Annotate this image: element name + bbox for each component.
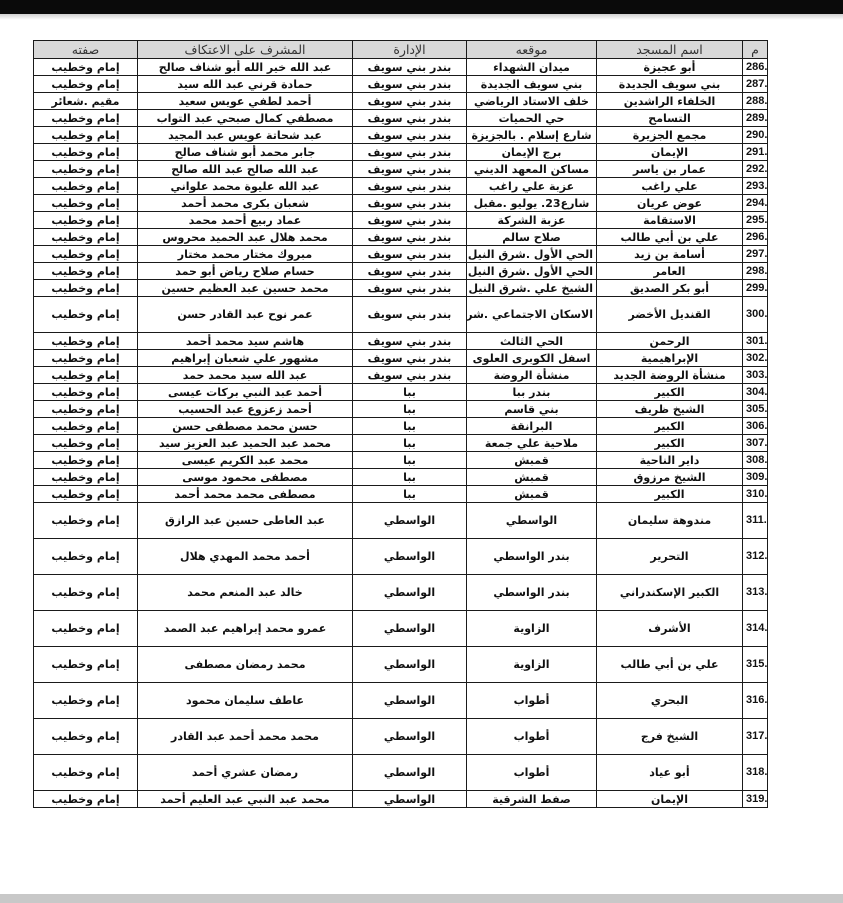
header-num: م bbox=[743, 41, 768, 59]
row-administration: بندر بني سويف bbox=[353, 229, 467, 246]
row-num: 289. bbox=[743, 110, 768, 127]
row-location: الحي الأول .شرق النيل bbox=[467, 246, 597, 263]
row-role: إمام وخطيب bbox=[34, 575, 138, 611]
row-num: 305. bbox=[743, 401, 768, 418]
row-role: إمام وخطيب bbox=[34, 719, 138, 755]
row-supervisor: محمد حسين عبد العظيم حسين bbox=[138, 280, 353, 297]
row-administration: بندر بني سويف bbox=[353, 59, 467, 76]
row-administration: الواسطي bbox=[353, 575, 467, 611]
table-row: 316.البحريأطوابالواسطيعاطف سليمان محمودإ… bbox=[34, 683, 768, 719]
row-role: إمام وخطيب bbox=[34, 144, 138, 161]
row-num: 298. bbox=[743, 263, 768, 280]
row-supervisor: خالد عبد المنعم محمد bbox=[138, 575, 353, 611]
row-num: 313. bbox=[743, 575, 768, 611]
row-location: قمبش bbox=[467, 486, 597, 503]
row-mosque-name: داير الناحية bbox=[597, 452, 743, 469]
row-administration: بندر بني سويف bbox=[353, 76, 467, 93]
row-num: 293. bbox=[743, 178, 768, 195]
row-num: 318. bbox=[743, 755, 768, 791]
row-role: إمام وخطيب bbox=[34, 367, 138, 384]
row-location: حي الحميات bbox=[467, 110, 597, 127]
row-role: إمام وخطيب bbox=[34, 263, 138, 280]
row-num: 317. bbox=[743, 719, 768, 755]
row-location: خلف الاستاد الرياضي bbox=[467, 93, 597, 110]
row-mosque-name: علي بن أبي طالب bbox=[597, 647, 743, 683]
row-mosque-name: العامر bbox=[597, 263, 743, 280]
row-role: إمام وخطيب bbox=[34, 161, 138, 178]
row-administration: بندر بني سويف bbox=[353, 195, 467, 212]
row-location: أطواب bbox=[467, 719, 597, 755]
table-row: 288.الخلفاء الراشدينخلف الاستاد الرياضيب… bbox=[34, 93, 768, 110]
row-role: إمام وخطيب bbox=[34, 178, 138, 195]
table-row: 286.أبو عجيزةميدان الشهداءبندر بني سويفع… bbox=[34, 59, 768, 76]
table-row: 311.مندوهة سليمانالواسطيالواسطيعبد العاط… bbox=[34, 503, 768, 539]
row-location: الاسكان الاجتماعي .شرق النيل bbox=[467, 297, 597, 333]
row-num: 311. bbox=[743, 503, 768, 539]
row-administration: ببا bbox=[353, 486, 467, 503]
row-location: الشيخ علي .شرق النيل bbox=[467, 280, 597, 297]
row-num: 287. bbox=[743, 76, 768, 93]
table-row: 293.علي راغبعزبة علي راغببندر بني سويفعب… bbox=[34, 178, 768, 195]
header-role: صفته bbox=[34, 41, 138, 59]
bottom-gray-bar bbox=[0, 894, 843, 903]
row-mosque-name: علي راغب bbox=[597, 178, 743, 195]
row-num: 294. bbox=[743, 195, 768, 212]
row-administration: ببا bbox=[353, 469, 467, 486]
row-administration: بندر بني سويف bbox=[353, 280, 467, 297]
table-row: 291.الإيمانبرج الإيمانبندر بني سويفجابر … bbox=[34, 144, 768, 161]
mosque-itikaf-table: م اسم المسجد موقعه الإدارة المشرف على ال… bbox=[33, 40, 768, 808]
row-mosque-name: منشأة الروضة الجديد bbox=[597, 367, 743, 384]
row-administration: بندر بني سويف bbox=[353, 333, 467, 350]
row-num: 292. bbox=[743, 161, 768, 178]
row-administration: بندر بني سويف bbox=[353, 246, 467, 263]
row-role: إمام وخطيب bbox=[34, 418, 138, 435]
row-administration: الواسطي bbox=[353, 719, 467, 755]
row-supervisor: أحمد عبد النبي بركات عيسى bbox=[138, 384, 353, 401]
row-mosque-name: الأشرف bbox=[597, 611, 743, 647]
row-supervisor: أحمد لطفي عويس سعيد bbox=[138, 93, 353, 110]
row-role: إمام وخطيب bbox=[34, 212, 138, 229]
row-supervisor: مصطفي كمال صبحي عبد التواب bbox=[138, 110, 353, 127]
table-row: 300.القنديل الأخضرالاسكان الاجتماعي .شرق… bbox=[34, 297, 768, 333]
table-row: 299.أبو بكر الصديقالشيخ علي .شرق النيلبن… bbox=[34, 280, 768, 297]
row-num: 314. bbox=[743, 611, 768, 647]
table-row: 304.الكبيربندر ببابباأحمد عبد النبي بركا… bbox=[34, 384, 768, 401]
row-role: إمام وخطيب bbox=[34, 229, 138, 246]
row-role: إمام وخطيب bbox=[34, 401, 138, 418]
row-role: إمام وخطيب bbox=[34, 503, 138, 539]
row-mosque-name: التحرير bbox=[597, 539, 743, 575]
row-supervisor: حسام صلاح رياض أبو حمد bbox=[138, 263, 353, 280]
row-administration: ببا bbox=[353, 435, 467, 452]
table-row: 306.الكبيرالبرانقةبباحسن محمد مصطفى حسنإ… bbox=[34, 418, 768, 435]
row-role: إمام وخطيب bbox=[34, 611, 138, 647]
row-mosque-name: الخلفاء الراشدين bbox=[597, 93, 743, 110]
table-row: 292.عمار بن ياسرمساكن المعهد الدينيبندر … bbox=[34, 161, 768, 178]
row-location: مساكن المعهد الديني bbox=[467, 161, 597, 178]
row-location: البرانقة bbox=[467, 418, 597, 435]
row-role: إمام وخطيب bbox=[34, 280, 138, 297]
row-supervisor: عبد الله سيد محمد حمد bbox=[138, 367, 353, 384]
row-location: برج الإيمان bbox=[467, 144, 597, 161]
row-mosque-name: عمار بن ياسر bbox=[597, 161, 743, 178]
row-administration: ببا bbox=[353, 384, 467, 401]
row-supervisor: عبد الله صالح عبد الله صالح bbox=[138, 161, 353, 178]
row-administration: الواسطي bbox=[353, 791, 467, 808]
table-row: 307.الكبيرملاحية علي جمعةببامحمد عبد الح… bbox=[34, 435, 768, 452]
row-location: أطواب bbox=[467, 755, 597, 791]
row-location: أطواب bbox=[467, 683, 597, 719]
row-location: عزبة الشركة bbox=[467, 212, 597, 229]
row-supervisor: محمد عبد الكريم عيسى bbox=[138, 452, 353, 469]
row-location: شارع23. يوليو .مقبل bbox=[467, 195, 597, 212]
row-location: الزاوية bbox=[467, 647, 597, 683]
row-mosque-name: الكبير bbox=[597, 418, 743, 435]
table-row: 314.الأشرفالزاويةالواسطيعمرو محمد إبراهي… bbox=[34, 611, 768, 647]
row-num: 308. bbox=[743, 452, 768, 469]
table-row: 317.الشيخ فرجأطوابالواسطيمحمد محمد أحمد … bbox=[34, 719, 768, 755]
row-location: الحي الثالث bbox=[467, 333, 597, 350]
row-role: إمام وخطيب bbox=[34, 539, 138, 575]
table-row: 315.علي بن أبي طالبالزاويةالواسطيمحمد رم… bbox=[34, 647, 768, 683]
row-location: ميدان الشهداء bbox=[467, 59, 597, 76]
row-num: 301. bbox=[743, 333, 768, 350]
row-supervisor: عمر نوح عبد القادر حسن bbox=[138, 297, 353, 333]
row-supervisor: مصطفى محمد محمد أحمد bbox=[138, 486, 353, 503]
row-role: إمام وخطيب bbox=[34, 59, 138, 76]
row-supervisor: حمادة قرني عبد الله سيد bbox=[138, 76, 353, 93]
row-administration: بندر بني سويف bbox=[353, 110, 467, 127]
row-administration: الواسطي bbox=[353, 755, 467, 791]
row-mosque-name: علي بن أبي طالب bbox=[597, 229, 743, 246]
table-row: 310.الكبيرقمبشببامصطفى محمد محمد أحمدإما… bbox=[34, 486, 768, 503]
row-mosque-name: الإبراهيمية bbox=[597, 350, 743, 367]
row-mosque-name: الكبير bbox=[597, 435, 743, 452]
row-supervisor: شعبان بكرى محمد أحمد bbox=[138, 195, 353, 212]
row-location: عزبة علي راغب bbox=[467, 178, 597, 195]
row-administration: بندر بني سويف bbox=[353, 212, 467, 229]
row-location: الزاوية bbox=[467, 611, 597, 647]
row-role: إمام وخطيب bbox=[34, 683, 138, 719]
row-supervisor: أحمد محمد المهدي هلال bbox=[138, 539, 353, 575]
row-role: إمام وخطيب bbox=[34, 384, 138, 401]
row-location: صفط الشرقية bbox=[467, 791, 597, 808]
row-role: إمام وخطيب bbox=[34, 246, 138, 263]
row-administration: الواسطي bbox=[353, 611, 467, 647]
row-mosque-name: الإيمان bbox=[597, 144, 743, 161]
table-row: 309.الشيخ مرزوققمبشببامصطفى محمود موسىإم… bbox=[34, 469, 768, 486]
row-location: بندر الواسطي bbox=[467, 539, 597, 575]
row-administration: الواسطي bbox=[353, 647, 467, 683]
row-num: 302. bbox=[743, 350, 768, 367]
row-mosque-name: التسامح bbox=[597, 110, 743, 127]
top-dark-bar bbox=[0, 0, 843, 14]
top-shadow bbox=[0, 14, 843, 20]
row-num: 304. bbox=[743, 384, 768, 401]
row-num: 307. bbox=[743, 435, 768, 452]
row-role: إمام وخطيب bbox=[34, 76, 138, 93]
row-administration: الواسطي bbox=[353, 539, 467, 575]
table-row: 313.الكبير الإسكندرانيبندر الواسطيالواسط… bbox=[34, 575, 768, 611]
row-mosque-name: أبو عجيزة bbox=[597, 59, 743, 76]
row-supervisor: محمد عبد الحميد عبد العزيز سيد bbox=[138, 435, 353, 452]
row-mosque-name: الكبير bbox=[597, 384, 743, 401]
row-mosque-name: الاستقامة bbox=[597, 212, 743, 229]
table-row: 305.الشيخ ظريفبني قاسمبباأحمد زعزوع عبد … bbox=[34, 401, 768, 418]
row-location: الواسطي bbox=[467, 503, 597, 539]
row-location: اسفل الكوبرى العلوى bbox=[467, 350, 597, 367]
row-role: إمام وخطيب bbox=[34, 333, 138, 350]
row-num: 312. bbox=[743, 539, 768, 575]
row-location: ملاحية علي جمعة bbox=[467, 435, 597, 452]
row-num: 319. bbox=[743, 791, 768, 808]
row-supervisor: محمد محمد أحمد عبد القادر bbox=[138, 719, 353, 755]
row-role: إمام وخطيب bbox=[34, 435, 138, 452]
row-administration: بندر بني سويف bbox=[353, 127, 467, 144]
row-num: 299. bbox=[743, 280, 768, 297]
row-num: 290. bbox=[743, 127, 768, 144]
row-mosque-name: مندوهة سليمان bbox=[597, 503, 743, 539]
row-supervisor: مصطفى محمود موسى bbox=[138, 469, 353, 486]
row-role: إمام وخطيب bbox=[34, 486, 138, 503]
row-location: بني قاسم bbox=[467, 401, 597, 418]
row-role: إمام وخطيب bbox=[34, 195, 138, 212]
row-administration: بندر بني سويف bbox=[353, 263, 467, 280]
row-num: 309. bbox=[743, 469, 768, 486]
row-mosque-name: بني سويف الجديدة bbox=[597, 76, 743, 93]
table-row: 296.علي بن أبي طالبصلاح سالمبندر بني سوي… bbox=[34, 229, 768, 246]
row-administration: ببا bbox=[353, 401, 467, 418]
row-mosque-name: الشيخ مرزوق bbox=[597, 469, 743, 486]
table-row: 294.عوض عريانشارع23. يوليو .مقبلبندر بني… bbox=[34, 195, 768, 212]
row-num: 300. bbox=[743, 297, 768, 333]
row-location: قمبش bbox=[467, 452, 597, 469]
row-num: 303. bbox=[743, 367, 768, 384]
row-administration: الواسطي bbox=[353, 683, 467, 719]
row-mosque-name: الرحمن bbox=[597, 333, 743, 350]
table-row: 289.التسامححي الحمياتبندر بني سويفمصطفي … bbox=[34, 110, 768, 127]
header-administration: الإدارة bbox=[353, 41, 467, 59]
row-mosque-name: الشيخ فرج bbox=[597, 719, 743, 755]
row-supervisor: محمد رمضان مصطفى bbox=[138, 647, 353, 683]
header-supervisor: المشرف على الاعتكاف bbox=[138, 41, 353, 59]
row-role: مقيم .شعائر bbox=[34, 93, 138, 110]
row-num: 315. bbox=[743, 647, 768, 683]
row-role: إمام وخطيب bbox=[34, 755, 138, 791]
table-row: 295.الاستقامةعزبة الشركةبندر بني سويفعما… bbox=[34, 212, 768, 229]
row-location: بندر ببا bbox=[467, 384, 597, 401]
row-administration: بندر بني سويف bbox=[353, 93, 467, 110]
row-role: إمام وخطيب bbox=[34, 297, 138, 333]
row-mosque-name: أبو عياد bbox=[597, 755, 743, 791]
row-supervisor: عماد ربيع أحمد محمد bbox=[138, 212, 353, 229]
row-supervisor: عبد شحاتة عويس عبد المجيد bbox=[138, 127, 353, 144]
row-num: 296. bbox=[743, 229, 768, 246]
row-supervisor: جابر محمد أبو شناف صالح bbox=[138, 144, 353, 161]
table-row: 319.الإيمانصفط الشرقيةالواسطيمحمد عبد ال… bbox=[34, 791, 768, 808]
row-role: إمام وخطيب bbox=[34, 110, 138, 127]
row-location: شارع إسلام . بالجزيزة bbox=[467, 127, 597, 144]
row-administration: بندر بني سويف bbox=[353, 297, 467, 333]
row-supervisor: عاطف سليمان محمود bbox=[138, 683, 353, 719]
table-row: 308.داير الناحيةقمبشببامحمد عبد الكريم ع… bbox=[34, 452, 768, 469]
row-supervisor: عبد العاطى حسين عبد الرازق bbox=[138, 503, 353, 539]
row-num: 291. bbox=[743, 144, 768, 161]
row-role: إمام وخطيب bbox=[34, 127, 138, 144]
table-row: 290.مجمع الجزيرةشارع إسلام . بالجزيزةبند… bbox=[34, 127, 768, 144]
row-location: قمبش bbox=[467, 469, 597, 486]
row-administration: ببا bbox=[353, 418, 467, 435]
row-role: إمام وخطيب bbox=[34, 350, 138, 367]
table-row: 303.منشأة الروضة الجديدمنشأة الروضةبندر … bbox=[34, 367, 768, 384]
table-header-row: م اسم المسجد موقعه الإدارة المشرف على ال… bbox=[34, 41, 768, 59]
row-location: منشأة الروضة bbox=[467, 367, 597, 384]
row-supervisor: محمد هلال عبد الحميد محروس bbox=[138, 229, 353, 246]
row-role: إمام وخطيب bbox=[34, 647, 138, 683]
row-mosque-name: الشيخ ظريف bbox=[597, 401, 743, 418]
table-row: 287.بني سويف الجديدةبني سويف الجديدةبندر… bbox=[34, 76, 768, 93]
table-row: 298.العامرالحي الأول .شرق النيلبندر بني … bbox=[34, 263, 768, 280]
row-mosque-name: البحري bbox=[597, 683, 743, 719]
header-mosque-name: اسم المسجد bbox=[597, 41, 743, 59]
row-mosque-name: أبو بكر الصديق bbox=[597, 280, 743, 297]
row-administration: بندر بني سويف bbox=[353, 144, 467, 161]
row-role: إمام وخطيب bbox=[34, 469, 138, 486]
row-supervisor: عمرو محمد إبراهيم عبد الصمد bbox=[138, 611, 353, 647]
row-supervisor: حسن محمد مصطفى حسن bbox=[138, 418, 353, 435]
row-mosque-name: عوض عريان bbox=[597, 195, 743, 212]
row-num: 295. bbox=[743, 212, 768, 229]
row-administration: بندر بني سويف bbox=[353, 367, 467, 384]
row-mosque-name: أسامة بن زيد bbox=[597, 246, 743, 263]
row-mosque-name: الكبير bbox=[597, 486, 743, 503]
table-row: 297.أسامة بن زيدالحي الأول .شرق النيلبند… bbox=[34, 246, 768, 263]
row-mosque-name: الإيمان bbox=[597, 791, 743, 808]
row-administration: بندر بني سويف bbox=[353, 350, 467, 367]
table-row: 301.الرحمنالحي الثالثبندر بني سويفهاشم س… bbox=[34, 333, 768, 350]
row-administration: بندر بني سويف bbox=[353, 161, 467, 178]
row-num: 306. bbox=[743, 418, 768, 435]
row-administration: بندر بني سويف bbox=[353, 178, 467, 195]
row-supervisor: عبد الله خير الله أبو شناف صالح bbox=[138, 59, 353, 76]
header-location: موقعه bbox=[467, 41, 597, 59]
row-supervisor: عبد الله عليوة محمد علواني bbox=[138, 178, 353, 195]
row-location: بندر الواسطي bbox=[467, 575, 597, 611]
table-row: 312.التحريربندر الواسطيالواسطيأحمد محمد … bbox=[34, 539, 768, 575]
table-row: 318.أبو عيادأطوابالواسطيرمضان عشري أحمدإ… bbox=[34, 755, 768, 791]
row-num: 310. bbox=[743, 486, 768, 503]
row-num: 286. bbox=[743, 59, 768, 76]
row-location: بني سويف الجديدة bbox=[467, 76, 597, 93]
row-mosque-name: الكبير الإسكندراني bbox=[597, 575, 743, 611]
row-supervisor: أحمد زعزوع عبد الحسيب bbox=[138, 401, 353, 418]
row-mosque-name: القنديل الأخضر bbox=[597, 297, 743, 333]
row-num: 288. bbox=[743, 93, 768, 110]
row-mosque-name: مجمع الجزيرة bbox=[597, 127, 743, 144]
row-location: الحي الأول .شرق النيل bbox=[467, 263, 597, 280]
row-supervisor: محمد عبد النبي عبد العليم أحمد bbox=[138, 791, 353, 808]
row-role: إمام وخطيب bbox=[34, 791, 138, 808]
row-supervisor: رمضان عشري أحمد bbox=[138, 755, 353, 791]
row-num: 297. bbox=[743, 246, 768, 263]
table-row: 302.الإبراهيميةاسفل الكوبرى العلوىبندر ب… bbox=[34, 350, 768, 367]
row-role: إمام وخطيب bbox=[34, 452, 138, 469]
row-supervisor: مشهور علي شعبان إبراهيم bbox=[138, 350, 353, 367]
row-supervisor: هاشم سيد محمد أحمد bbox=[138, 333, 353, 350]
row-location: صلاح سالم bbox=[467, 229, 597, 246]
row-administration: الواسطي bbox=[353, 503, 467, 539]
row-num: 316. bbox=[743, 683, 768, 719]
row-administration: ببا bbox=[353, 452, 467, 469]
row-supervisor: مبروك مختار محمد مختار bbox=[138, 246, 353, 263]
